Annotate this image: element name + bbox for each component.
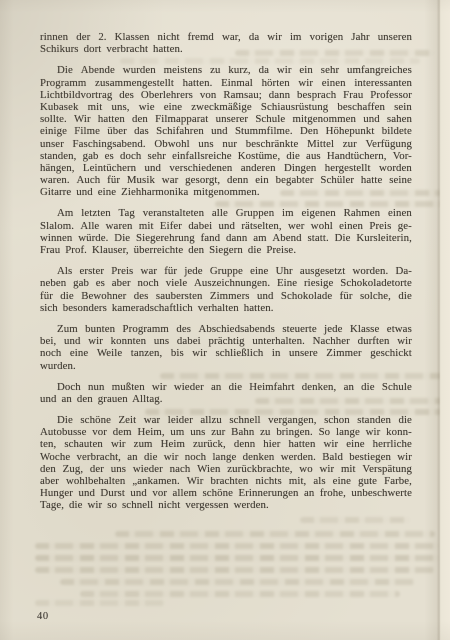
bleedthrough-ghost-line: [35, 543, 440, 549]
text-line: Frau Prof. Klauser, überreichte den Sieg…: [40, 244, 412, 256]
bleedthrough-ghost-line: [60, 579, 415, 585]
bleedthrough-ghost-line: [35, 555, 440, 561]
text-line: Gitarre und eine Ziehharmonika mitgenomm…: [40, 186, 412, 198]
text-line: waren.AuchfürMusikwargesorgt,denneinbega…: [40, 174, 412, 186]
text-line: DochnunmußtenwirwiederandieHeimfahrtdenk…: [40, 381, 412, 393]
text-line: und an den grauen Alltag.: [40, 393, 412, 405]
text-line: standen,gabesdochsehreinfallsreicheKostü…: [40, 150, 412, 162]
text-line: DieAbendewurdenmeistenszukurz,dawireinse…: [40, 64, 412, 76]
text-line: ten,schautenwirzumHeimzurück,dennhierhat…: [40, 438, 412, 450]
text-line: winnenwürde.DieSiegerehrungfanddannamAbe…: [40, 232, 412, 244]
text-line: rinnender2.Klassennichtfremdwar,dawirimv…: [40, 31, 412, 43]
bleedthrough-ghost-line: [300, 517, 410, 523]
text-line: bei,undwirkonntenunsdabeiprächtigunterha…: [40, 335, 412, 347]
text-line: Schikurs dort verbracht hatten.: [40, 43, 412, 55]
text-line: Slalom.AllewarenmitEiferdabeiundrätselte…: [40, 220, 412, 232]
text-line: aberwohlbehalten„ankamen.Wirbrachtennich…: [40, 475, 412, 487]
paragraph: DieschöneZeitwarleiderallzuschnellvergan…: [40, 414, 412, 512]
text-line: DieschöneZeitwarleiderallzuschnellvergan…: [40, 414, 412, 426]
paragraph: AlsersterPreiswarfürjedeGruppeeineUhraus…: [40, 265, 412, 314]
text-line: AutobussevordemHeim,umunszurBahnzubringe…: [40, 426, 412, 438]
text-line: einigeFilmeüberdasSchifahrenundStummfilm…: [40, 125, 412, 137]
page-edge: [424, 0, 450, 640]
text-line: unserFaschingsabend.Obwohlunsnurbeschrän…: [40, 138, 412, 150]
text-line: hängen,Leintüchernundverschiedenenandere…: [40, 162, 412, 174]
body-text: rinnender2.Klassennichtfremdwar,dawirimv…: [40, 31, 412, 512]
bleedthrough-ghost-line: [80, 591, 400, 597]
text-line: ZumbuntenProgrammdesAbschiedsabendssteue…: [40, 323, 412, 335]
text-line: HungerundDurstundvorallemschöneErinnerun…: [40, 487, 412, 499]
text-line: AmletztenTagveranstaltetenalleGruppenime…: [40, 207, 412, 219]
book-page: rinnender2.Klassennichtfremdwar,dawirimv…: [0, 0, 450, 640]
paragraph: rinnender2.Klassennichtfremdwar,dawirimv…: [40, 31, 412, 55]
text-line: denZug,derunswiedernachWienzurückbrachte…: [40, 463, 412, 475]
paragraph: DochnunmußtenwirwiederandieHeimfahrtdenk…: [40, 381, 412, 405]
text-line: Programmzusammengestellthatten.Einmalhör…: [40, 77, 412, 89]
bleedthrough-ghost-line: [115, 531, 435, 537]
text-line: Wocheverbracht,andiewirnochlangedenkenwe…: [40, 451, 412, 463]
page-number: 40: [37, 611, 49, 622]
text-line: Kubasekmituns,wieeinezweckmäßigeSchiausr…: [40, 101, 412, 113]
bleedthrough-ghost-line: [35, 600, 165, 606]
text-line: sollte.WirhattendenFilmapparatunsererSch…: [40, 113, 412, 125]
text-line: nebengabesabernochvieleAuszeichnungen.Ei…: [40, 277, 412, 289]
text-line: AlsersterPreiswarfürjedeGruppeeineUhraus…: [40, 265, 412, 277]
bleedthrough-ghost-line: [35, 567, 435, 573]
text-line: wurden.: [40, 360, 412, 372]
paragraph: DieAbendewurdenmeistenszukurz,dawireinse…: [40, 64, 412, 198]
paragraph: AmletztenTagveranstaltetenalleGruppenime…: [40, 207, 412, 256]
text-line: nocheineWeiletanzen,biswirschließlichinu…: [40, 347, 412, 359]
text-line: sich besonders kameradschaftlich verhalt…: [40, 302, 412, 314]
text-line: Tage, die wir so schnell nicht vergessen…: [40, 499, 412, 511]
text-line: fürdieBewohnerdessauberstenZimmersundSch…: [40, 290, 412, 302]
text-line: LichtbildvortragdesOberlehrersvonRamsau;…: [40, 89, 412, 101]
paragraph: ZumbuntenProgrammdesAbschiedsabendssteue…: [40, 323, 412, 372]
